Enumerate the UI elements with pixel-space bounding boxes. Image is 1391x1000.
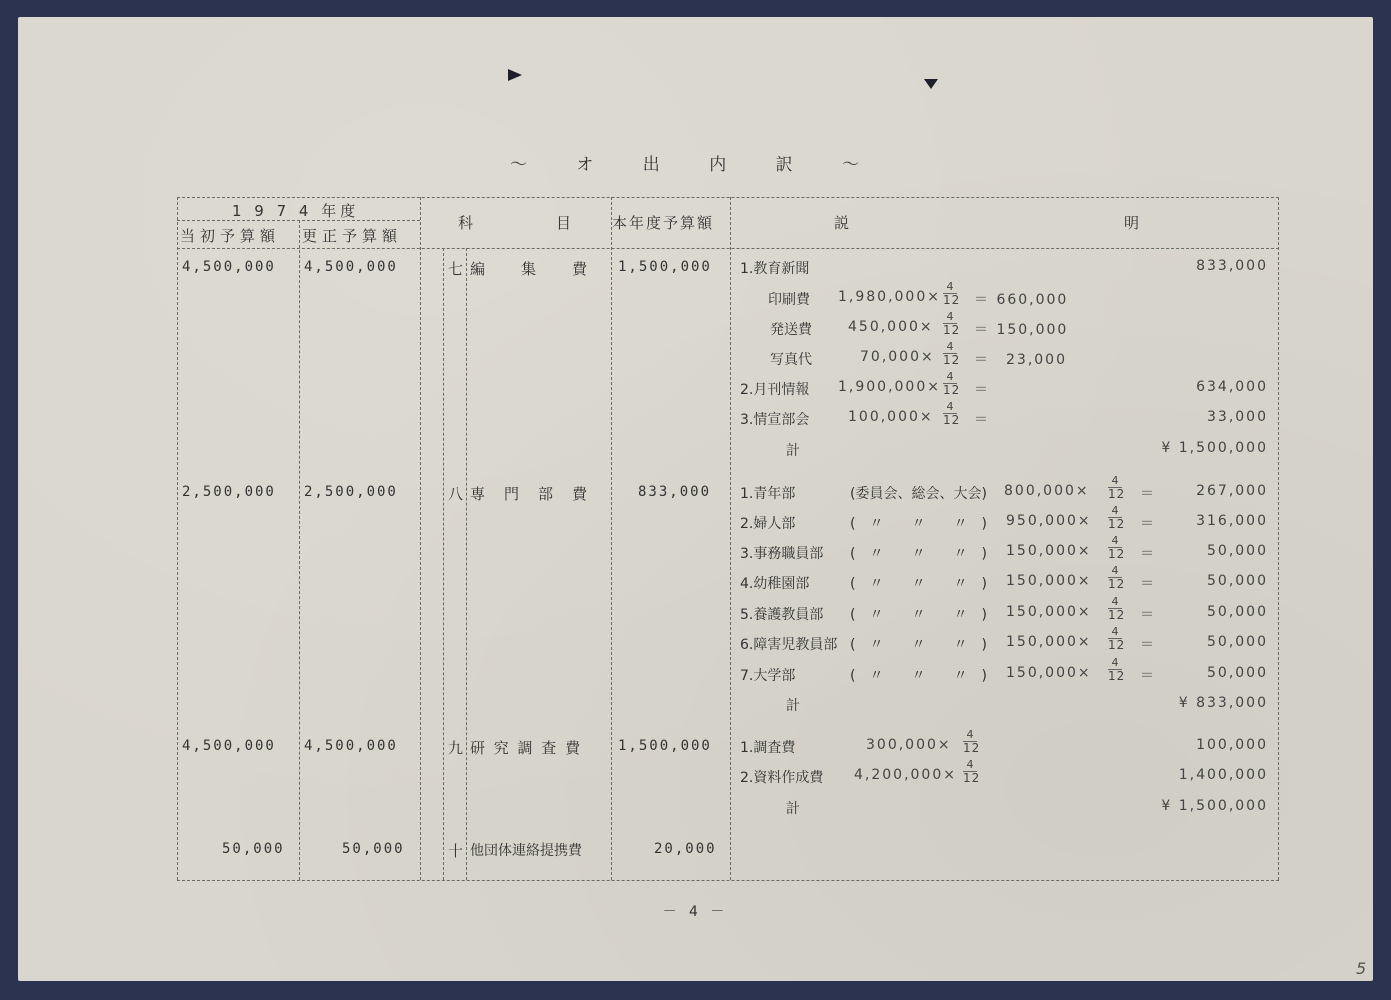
detail-label: 1.調査費 [740,737,795,757]
col-border-initial [299,220,300,880]
fraction: 412 [943,281,957,306]
fraction: 412 [943,341,957,366]
current-budget-cell: 1,500,000 [618,738,712,754]
item-number: 七 [448,258,463,279]
fraction: 412 [943,311,957,336]
current-budget-cell: 833,000 [638,484,711,500]
detail-note: ( 〃 〃 〃 ) [850,665,987,685]
detail-amount: 50,000 [1207,543,1268,559]
fraction: 412 [1108,475,1122,500]
detail-formula: 1,900,000× [838,379,941,395]
item-number: 八 [448,483,463,504]
table-top-border [177,197,1279,198]
equals-sign: ＝ [1140,573,1154,593]
item-name: 編 集 費 [470,258,589,279]
detail-label: 印刷費 [768,289,810,309]
col-border-current [730,197,731,880]
detail-formula: 70,000× [860,349,935,365]
detail-result: ＝ 150,000 [974,319,1068,339]
initial-budget-cell: 4,500,000 [182,738,276,754]
current-budget-cell: 1,500,000 [618,259,712,275]
header-initial-budget: 当初予算額 [180,225,280,246]
fraction: 412 [1108,535,1122,560]
col-border-right [1278,197,1279,880]
detail-label: 4.幼稚園部 [740,573,809,593]
fraction: 412 [1108,505,1122,530]
header-desc-left: 説 [834,212,853,233]
detail-amount: 50,000 [1207,604,1268,620]
equals-sign: ＝ [1140,634,1154,654]
detail-total-amount: ¥ 1,500,000 [1161,798,1268,814]
col-border-item [611,197,612,880]
col-border-no-right [466,248,467,880]
detail-formula: 450,000× [848,319,934,335]
initial-budget-cell: 50,000 [222,841,285,857]
item-name: 専 門 部 費 [470,483,589,504]
detail-note: ( 〃 〃 〃 ) [850,513,987,533]
detail-formula: 150,000× [1006,543,1092,559]
header-item-left: 科 [458,212,477,233]
header-desc-right: 明 [1124,212,1143,233]
detail-formula: 950,000× [1006,513,1092,529]
initial-budget-cell: 2,500,000 [182,484,276,500]
detail-formula: 150,000× [1006,604,1092,620]
punch-hole-right-icon [924,79,938,89]
detail-label: 3.情宣部会 [740,409,809,429]
header-bottom-border [177,248,1279,249]
fraction: 412 [1108,626,1122,651]
detail-label: 5.養護教員部 [740,604,823,624]
detail-label: 発送費 [770,319,812,339]
fraction: 412 [1108,565,1122,590]
detail-label: 2.婦人部 [740,513,795,533]
detail-amount: 1,400,000 [1179,767,1268,783]
detail-formula: 4,200,000× [854,767,957,783]
detail-label: 2.資料作成費 [740,767,823,787]
detail-result: ＝ [974,409,990,429]
detail-amount: 316,000 [1196,513,1268,529]
detail-label: 2.月刊情報 [740,379,809,399]
detail-result: ＝ 660,000 [974,289,1068,309]
detail-amount: 267,000 [1196,483,1268,499]
revised-budget-cell: 4,500,000 [304,259,398,275]
page-title: ～ オ 出 内 訳 ～ [18,150,1373,175]
revised-budget-cell: 50,000 [342,841,405,857]
equals-sign: ＝ [1140,483,1154,503]
header-current-budget: 本年度予算額 [612,212,714,233]
item-name: 研 究 調 査 費 [470,737,582,758]
fraction: 412 [943,371,957,396]
detail-total-label: 計 [786,695,800,715]
detail-amount: 33,000 [1207,409,1268,425]
detail-total-label: 計 [786,798,800,818]
equals-sign: ＝ [1140,604,1154,624]
detail-note: ( 〃 〃 〃 ) [850,543,987,563]
col-border-revised [420,197,421,880]
detail-amount: 100,000 [1196,737,1268,753]
initial-budget-cell: 4,500,000 [182,259,276,275]
detail-label: 1.教育新聞 [740,258,809,278]
detail-amount: 833,000 [1196,258,1268,274]
detail-formula: 800,000× [1004,483,1090,499]
header-year: 1 9 7 4 年度 [232,200,359,221]
item-name: 他団体連絡提携費 [470,840,582,860]
item-number: 九 [448,737,463,758]
detail-amount: 50,000 [1207,573,1268,589]
fraction: 412 [1108,596,1122,621]
equals-sign: ＝ [1140,513,1154,533]
revised-budget-cell: 2,500,000 [304,484,398,500]
detail-result: ＝ [974,379,990,399]
col-border-no-left [443,248,444,880]
fraction: 412 [943,401,957,426]
detail-note: (委員会、総会、大会) [850,483,987,503]
table-bottom-border [177,880,1279,881]
detail-total-label: 計 [786,440,800,460]
current-budget-cell: 20,000 [654,841,717,857]
detail-note: ( 〃 〃 〃 ) [850,604,987,624]
punch-hole-left-icon [508,69,522,81]
item-number: 十 [448,840,463,861]
detail-label: 7.大学部 [740,665,795,685]
fraction: 412 [963,759,977,784]
fraction: 412 [1108,657,1122,682]
detail-label: 3.事務職員部 [740,543,823,563]
equals-sign: ＝ [1140,665,1154,685]
revised-budget-cell: 4,500,000 [304,738,398,754]
detail-formula: 1,980,000× [838,289,941,305]
detail-label: 写真代 [770,349,812,369]
col-border-left [177,197,178,880]
header-revised-budget: 更正予算額 [302,225,402,246]
detail-formula: 100,000× [848,409,934,425]
detail-amount: 634,000 [1196,379,1268,395]
detail-label: 6.障害児教員部 [740,634,837,654]
equals-sign: ＝ [1140,543,1154,563]
detail-formula: 150,000× [1006,573,1092,589]
detail-note: ( 〃 〃 〃 ) [850,634,987,654]
fraction: 412 [963,729,977,754]
header-item-right: 目 [556,212,575,233]
detail-label: 1.青年部 [740,483,795,503]
detail-result: ＝ 23,000 [974,349,1067,369]
detail-total-amount: ¥ 1,500,000 [1161,440,1268,456]
page-number: － 4 － [18,901,1373,921]
detail-formula: 150,000× [1006,665,1092,681]
document-page: ～ オ 出 内 訳 ～ 1 9 7 4 年度 当初予算額 更正予算額 科 目 本… [18,17,1373,981]
detail-formula: 300,000× [866,737,952,753]
detail-amount: 50,000 [1207,634,1268,650]
detail-formula: 150,000× [1006,634,1092,650]
detail-note: ( 〃 〃 〃 ) [850,573,987,593]
detail-total-amount: ¥ 833,000 [1179,695,1268,711]
detail-amount: 50,000 [1207,665,1268,681]
pencil-mark: 5 [1356,959,1366,978]
